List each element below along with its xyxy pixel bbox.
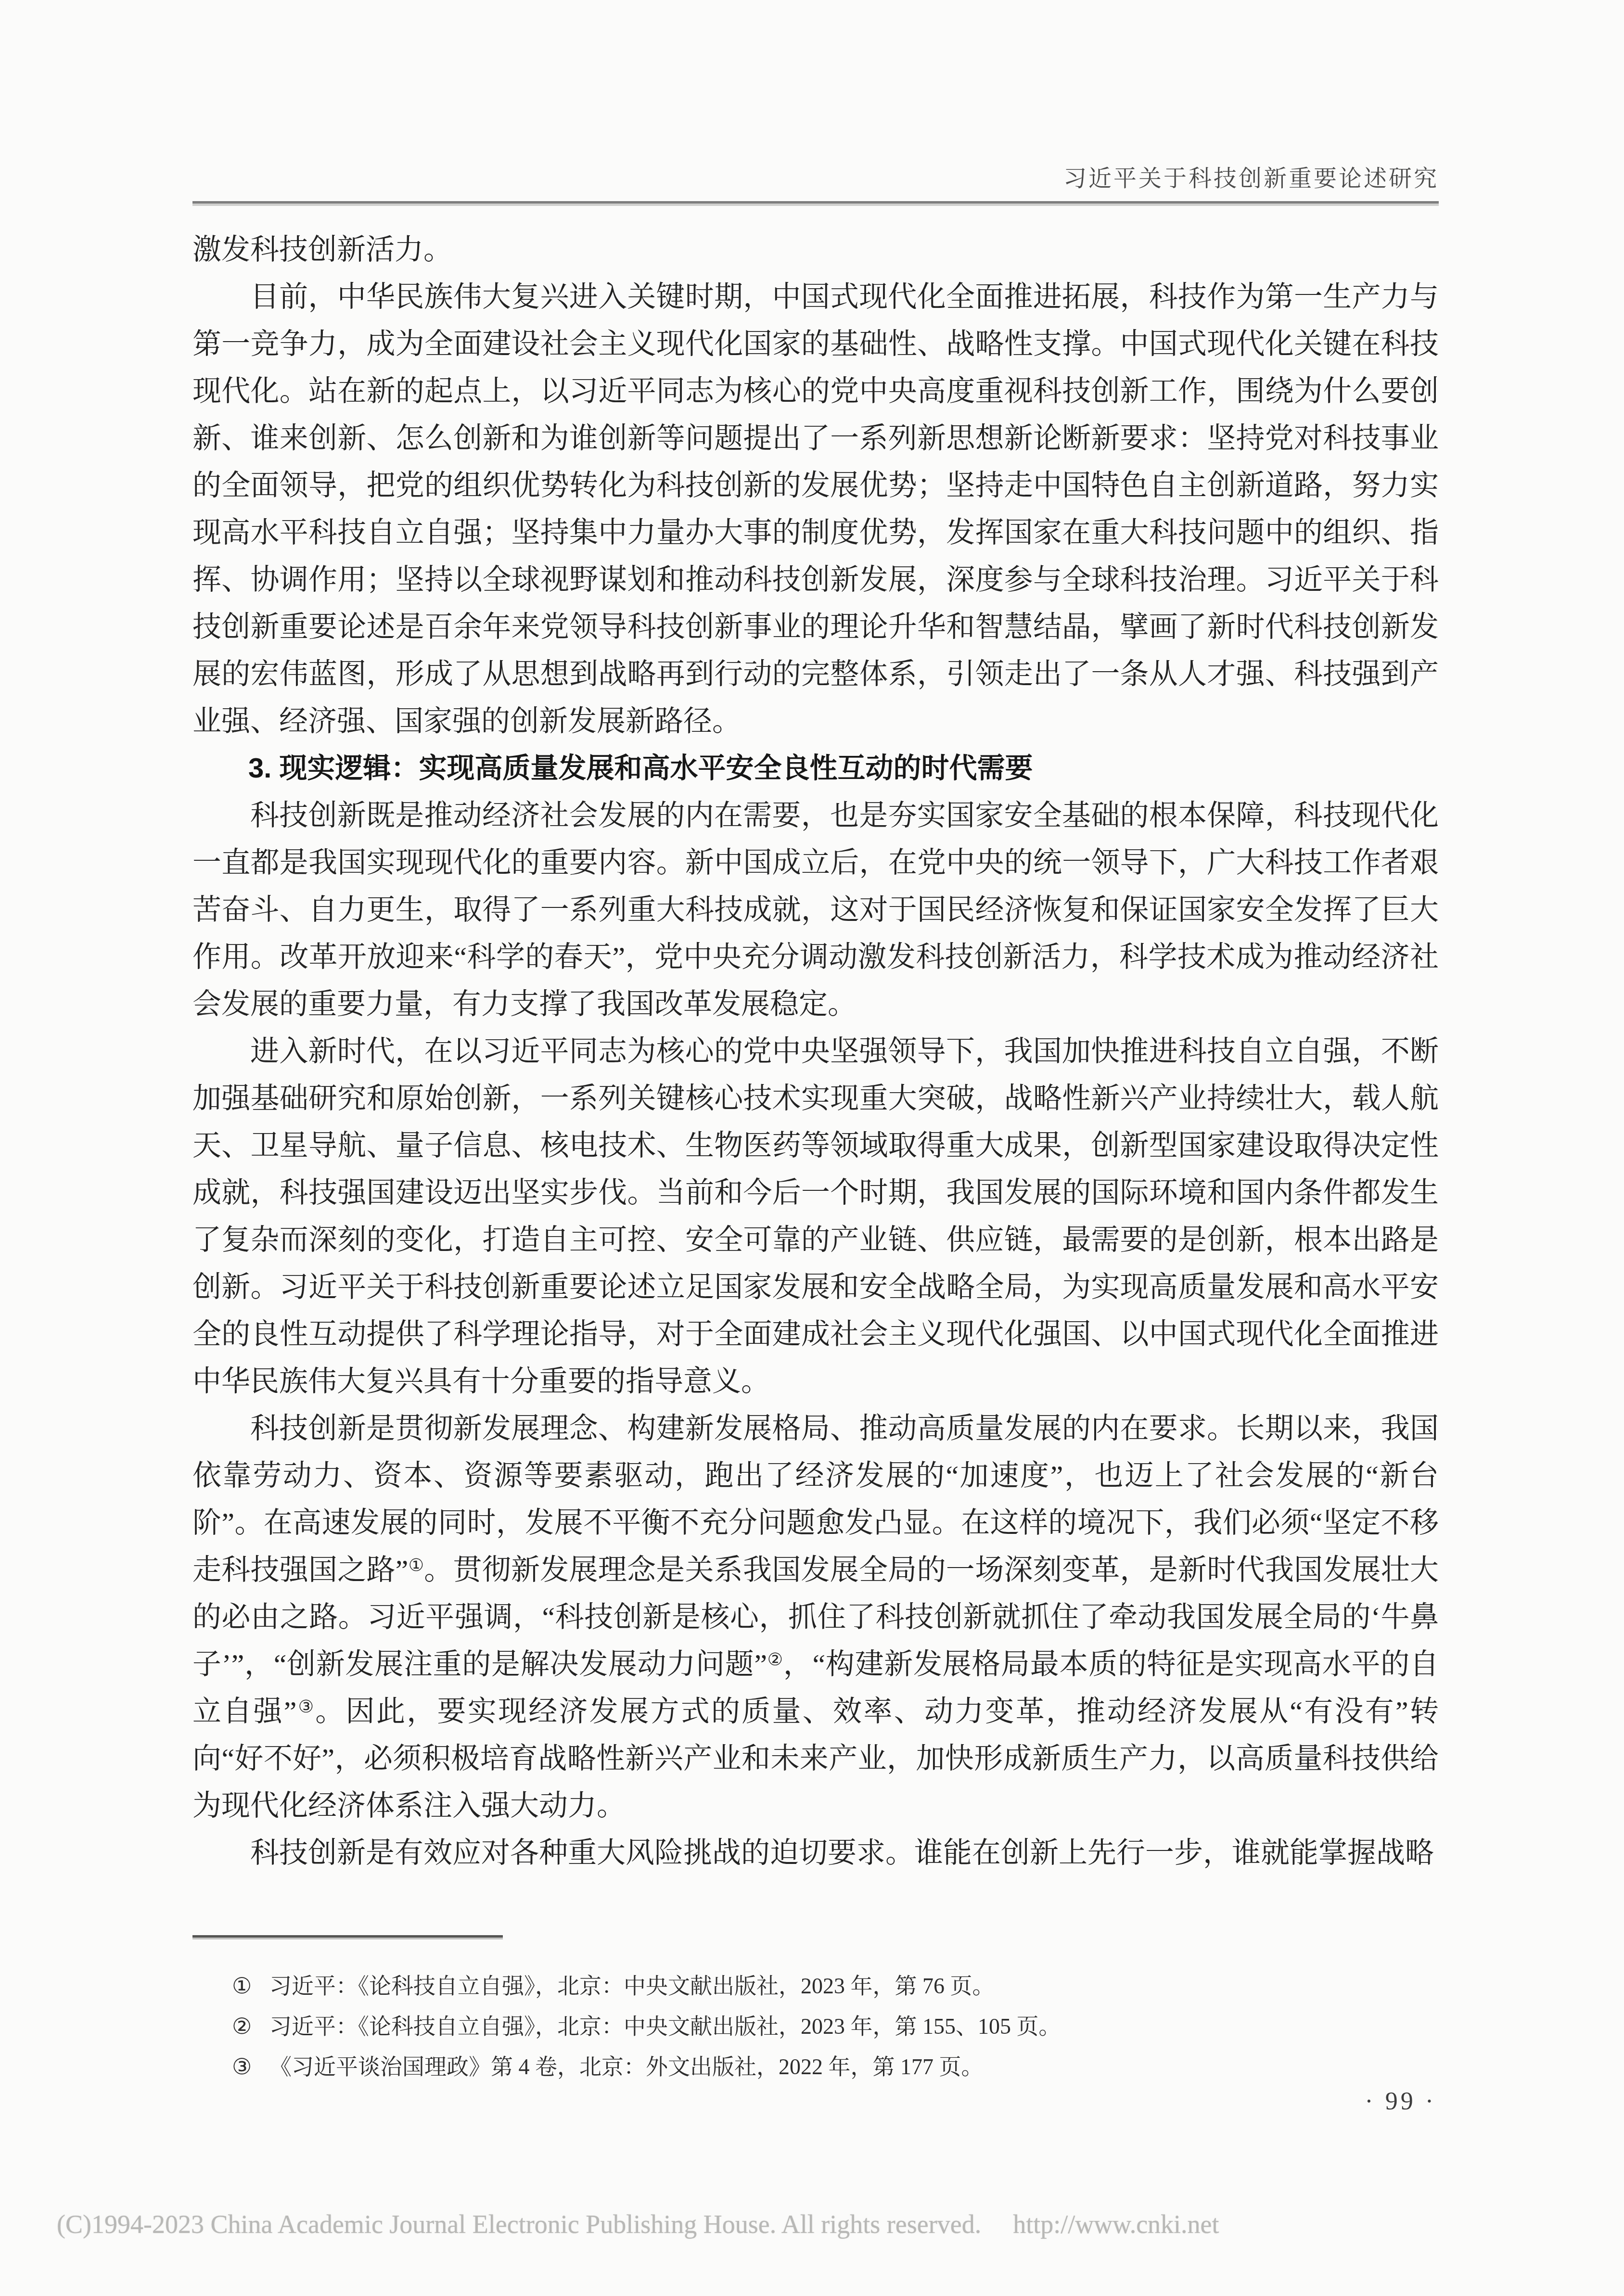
footnote-item: ② 习近平：《论科技自立自强》，北京：中央文献出版社，2023 年，第 155、… xyxy=(192,2006,1439,2047)
body-paragraph: 科技创新既是推动经济社会发展的内在需要，也是夯实国家安全基础的根本保障，科技现代… xyxy=(192,792,1439,1028)
body-paragraph: 科技创新是贯彻新发展理念、构建新发展格局、推动高质量发展的内在要求。长期以来，我… xyxy=(192,1405,1439,1829)
running-title: 习近平关于科技创新重要论述研究 xyxy=(1063,160,1439,193)
footer-watermark: (C)1994-2023 China Academic Journal Elec… xyxy=(57,2209,1568,2239)
body-paragraph: 目前，中华民族伟大复兴进入关键时期，中国式现代化全面推进拓展，科技作为第一生产力… xyxy=(192,273,1439,745)
body-paragraph: 进入新时代，在以习近平同志为核心的党中央坚强领导下，我国加快推进科技自立自强，不… xyxy=(192,1028,1439,1405)
body-paragraph: 激发科技创新活力。 xyxy=(192,226,1439,273)
footer-url: http://www.cnki.net xyxy=(1013,2210,1219,2239)
article-body: 激发科技创新活力。 目前，中华民族伟大复兴进入关键时期，中国式现代化全面推进拓展… xyxy=(192,226,1439,1876)
footnote-text: 习近平：《论科技自立自强》，北京：中央文献出版社，2023 年，第 76 页。 xyxy=(269,1966,1439,2006)
footnote-text: 《习近平谈治国理政》第 4 卷，北京：外文出版社，2022 年，第 177 页。 xyxy=(269,2047,1439,2087)
footnote-marker: ③ xyxy=(232,2047,269,2087)
document-page: 习近平关于科技创新重要论述研究 激发科技创新活力。 目前，中华民族伟大复兴进入关… xyxy=(0,0,1624,2296)
footnote-marker: ① xyxy=(232,1966,269,2006)
body-paragraph: 科技创新是有效应对各种重大风险挑战的迫切要求。谁能在创新上先行一步，谁就能掌握战… xyxy=(192,1829,1439,1876)
footnote-item: ① 习近平：《论科技自立自强》，北京：中央文献出版社，2023 年，第 76 页… xyxy=(192,1966,1439,2006)
footnote-divider xyxy=(192,1935,503,1939)
footnote-marker: ② xyxy=(232,2006,269,2047)
header-rule xyxy=(192,201,1439,206)
section-heading: 3. 现实逻辑：实现高质量发展和高水平安全良性互动的时代需要 xyxy=(192,745,1439,792)
footnote-text: 习近平：《论科技自立自强》，北京：中央文献出版社，2023 年，第 155、10… xyxy=(269,2006,1439,2047)
footnote-item: ③ 《习近平谈治国理政》第 4 卷，北京：外文出版社，2022 年，第 177 … xyxy=(192,2047,1439,2087)
footnotes-block: ① 习近平：《论科技自立自强》，北京：中央文献出版社，2023 年，第 76 页… xyxy=(192,1966,1439,2087)
page-number: · 99 · xyxy=(1365,2087,1436,2116)
copyright-text: (C)1994-2023 China Academic Journal Elec… xyxy=(57,2210,981,2239)
